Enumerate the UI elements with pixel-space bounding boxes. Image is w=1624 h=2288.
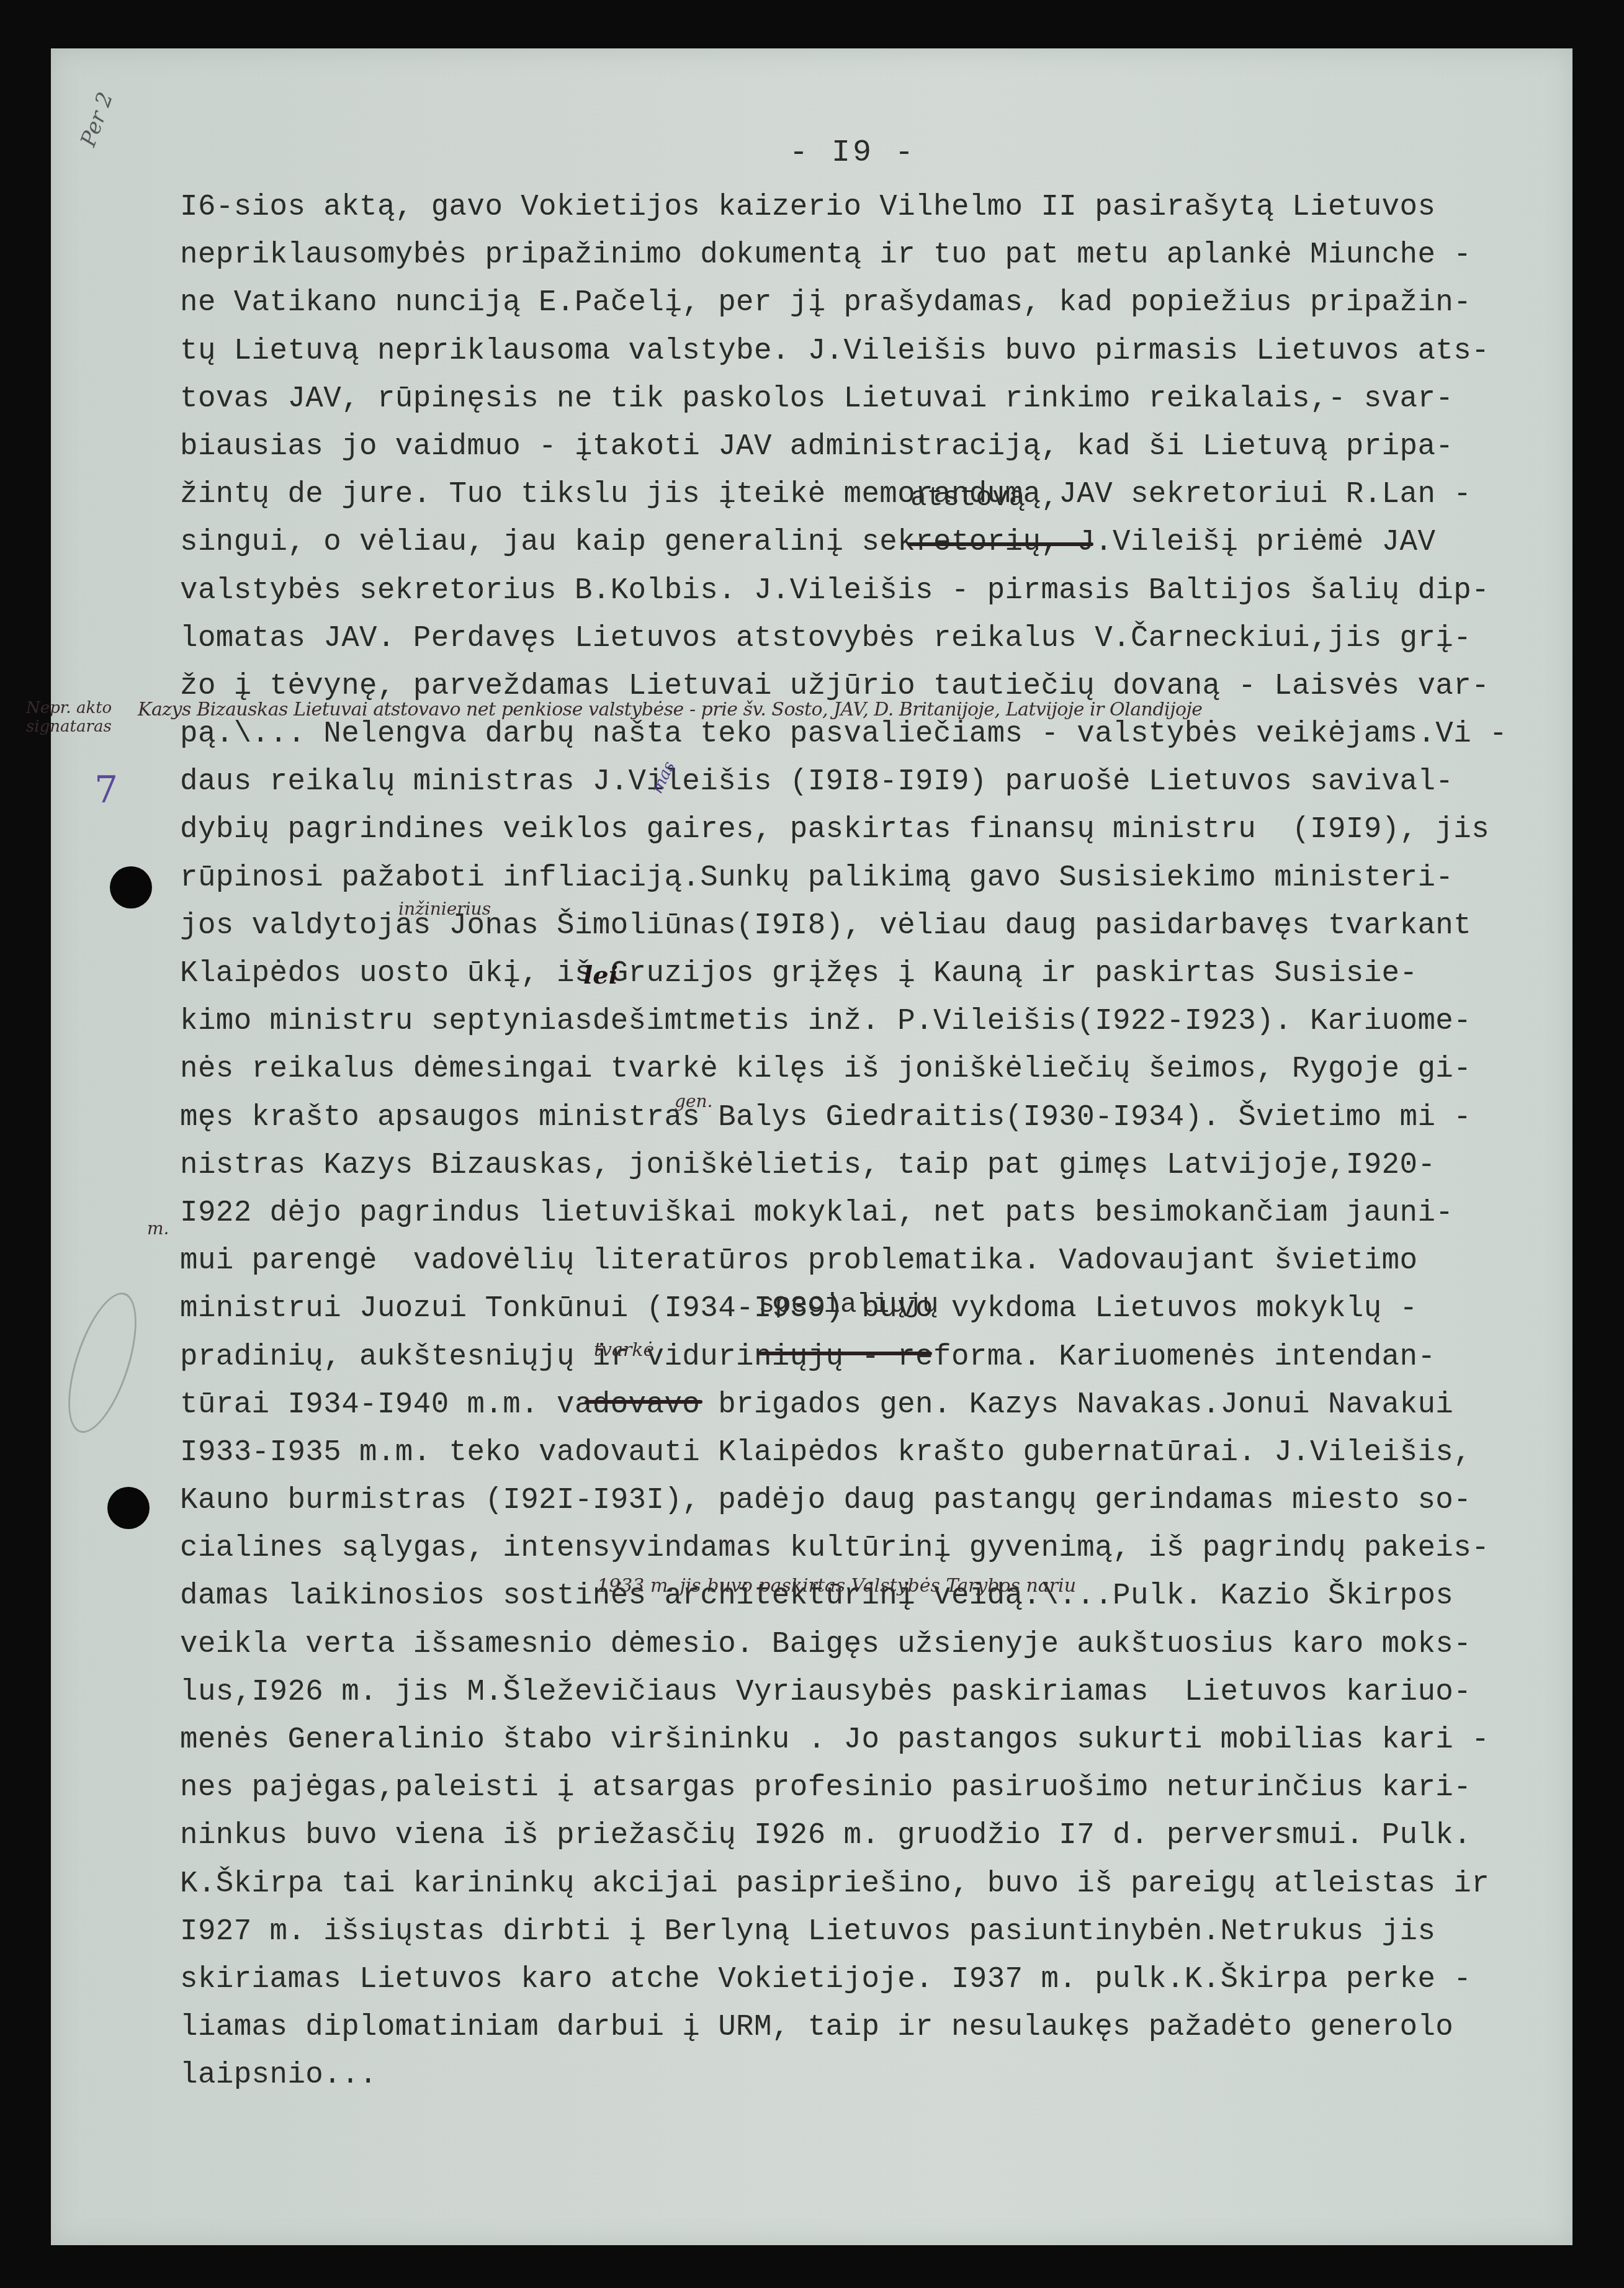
text-line: mui parengė vadovėlių literatūros proble… <box>180 1237 1607 1285</box>
text-line: skiriamas Lietuvos karo atche Vokietijoj… <box>180 1956 1607 2004</box>
text-line: rūpinosi pažaboti infliaciją.Sunkų palik… <box>180 855 1607 902</box>
text-line: I922 dėjo pagrindus lietuviškai mokyklai… <box>180 1190 1607 1237</box>
text-line: I927 m. išsiųstas dirbti į Berlyną Lietu… <box>180 1908 1607 1956</box>
handwritten-signatory-note: Nepr. akto signataras <box>26 699 119 736</box>
handwritten-inserted-1933: 1933 m. jis buvo paskirtas Valstybės Tar… <box>597 1575 1076 1597</box>
typed-correction-specialiuju: specialiųjų <box>758 1290 938 1321</box>
text-line: biausias jo vaidmuo - įtakoti JAV admini… <box>180 423 1607 471</box>
text-line: jos valdytojas Jonas Šimoliūnas(I9I8), v… <box>180 902 1607 950</box>
handwritten-margin-note: Per 2 <box>76 89 118 150</box>
pencil-margin-mark <box>55 1285 151 1440</box>
text-line: nistras Kazys Bizauskas, joniškėlietis, … <box>180 1142 1607 1190</box>
text-line: kimo ministru septyniasdešimtmetis inž. … <box>180 998 1607 1046</box>
text-line: I6-sios aktą, gavo Vokietijos kaizerio V… <box>180 184 1607 231</box>
text-line: lus,I926 m. jis M.Šleževičiaus Vyriausyb… <box>180 1669 1607 1716</box>
handwritten-margin-7: 7 <box>94 768 118 812</box>
text-line: daus reikalų ministras J.Vileišis (I9I8-… <box>180 758 1607 806</box>
punch-hole <box>107 1487 150 1529</box>
text-line: valstybės sekretorius B.Kolbis. J.Vileiš… <box>180 567 1607 615</box>
text-line: cialines sąlygas, intensyvindamas kultūr… <box>180 1525 1607 1572</box>
punch-hole <box>110 866 152 908</box>
strikethrough-viduriniuju <box>758 1352 932 1355</box>
text-line: dybių pagrindines veiklos gaires, paskir… <box>180 806 1607 854</box>
strikethrough-sekretoriu <box>907 542 1093 546</box>
handwritten-insert-inzinierius: inžinierius <box>398 899 491 919</box>
text-line: tų Lietuvą nepriklausoma valstybe. J.Vil… <box>180 328 1607 375</box>
text-line: singui, o vėliau, jau kaip generalinį se… <box>180 519 1607 567</box>
text-line: I933-I935 m.m. teko vadovauti Klaipėdos … <box>180 1429 1607 1477</box>
text-line: nepriklausomybės pripažinimo dokumentą i… <box>180 231 1607 279</box>
handwritten-insert-m: m. <box>147 1218 169 1239</box>
handwritten-insert-gen: gen. <box>675 1091 712 1111</box>
strikethrough-vadovavo <box>585 1400 702 1404</box>
handwritten-inserted-line: Kazys Bizauskas Lietuvai atstovavo net p… <box>138 699 1203 720</box>
text-line: pradinių, aukštesniųjų ir viduriniųjų - … <box>180 1334 1607 1381</box>
text-line: męs krašto apsaugos ministras Balys Gied… <box>180 1094 1607 1142</box>
text-line: nes pajėgas,paleisti į atsargas profesin… <box>180 1764 1607 1812</box>
text-line: lomatas JAV. Perdavęs Lietuvos atstovybė… <box>180 615 1607 663</box>
text-line: menės Generalinio štabo viršininku . Jo … <box>180 1716 1607 1764</box>
text-line: K.Škirpa tai karininkų akcijai pasiprieš… <box>180 1860 1607 1908</box>
text-line: tovas JAV, rūpinęsis ne tik paskolos Lie… <box>180 375 1607 423</box>
text-line: Kauno burmistras (I92I-I93I), padėjo dau… <box>180 1477 1607 1525</box>
text-line: veikla verta išsamesnio dėmesio. Baigęs … <box>180 1621 1607 1669</box>
text-line: ninkus buvo viena iš priežasčių I926 m. … <box>180 1812 1607 1860</box>
text-line: tūrai I934-I940 m.m. vadovavo brigados g… <box>180 1381 1607 1429</box>
text-line: laipsnio... <box>180 2052 1607 2099</box>
document-page: - I9 - Per 2 I6-sios aktą, gavo Vokietij… <box>51 48 1572 2245</box>
typewritten-body: I6-sios aktą, gavo Vokietijos kaizerio V… <box>180 184 1607 2100</box>
text-line: ne Vatikano nunciją E.Pačelį, per jį pra… <box>180 279 1607 327</box>
typed-correction-atstova: atstovą , <box>910 483 1058 514</box>
text-line: nės reikalus dėmesingai tvarkė kilęs iš … <box>180 1046 1607 1093</box>
handwritten-insert-tvarke: tvarkė <box>594 1339 654 1361</box>
text-line: Klaipėdos uosto ūkį, iš Gruzijos grįžęs … <box>180 950 1607 998</box>
page-number: - I9 - <box>789 135 916 171</box>
handwritten-insert-lei: lei <box>583 961 618 990</box>
text-line: žintų de jure. Tuo tikslu jis įteikė mem… <box>180 471 1607 519</box>
text-line: liamas diplomatiniam darbui į URM, taip … <box>180 2004 1607 2052</box>
